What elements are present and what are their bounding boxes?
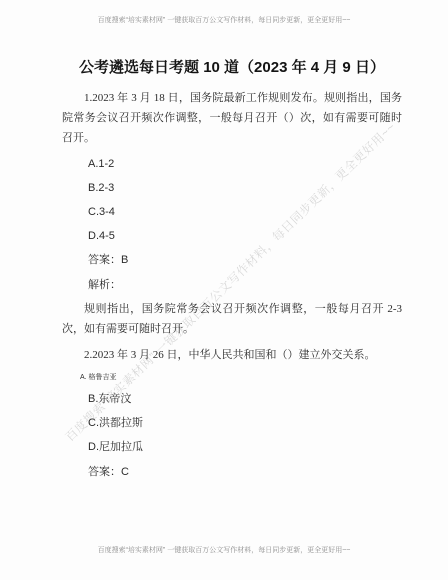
question-2-option-a: A. 格鲁吉亚 xyxy=(62,371,402,385)
question-1-option-c: C.3-4 xyxy=(62,202,402,222)
question-2-option-b: B.东帝汶 xyxy=(62,389,402,409)
question-2-option-d: D.尼加拉瓜 xyxy=(62,437,402,457)
question-1-analysis-label: 解析： xyxy=(62,275,402,295)
document-content: 公考遴选每日考题 10 道（2023 年 4 月 9 日） 1.2023 年 3… xyxy=(0,57,448,482)
question-1-analysis-text: 规则指出，国务院常务会议召开频次作调整，一般每月召开 2-3 次，如有需要可随时… xyxy=(62,299,402,339)
question-2-answer: 答案：C xyxy=(62,462,402,482)
question-2-option-c: C.洪都拉斯 xyxy=(62,413,402,433)
question-1-stem: 1.2023 年 3 月 18 日，国务院最新工作规则发布。规则指出，国务院常务… xyxy=(62,88,402,148)
question-block-1: 1.2023 年 3 月 18 日，国务院最新工作规则发布。规则指出，国务院常务… xyxy=(62,88,402,339)
footer-promo-text: 百度搜索“培实素材网” 一键获取百万公文写作材料，每日同步更新，更全更好用~~ xyxy=(0,546,448,556)
question-1-option-b: B.2-3 xyxy=(62,178,402,198)
question-2-stem: 2.2023 年 3 月 26 日，中华人民共和国和（）建立外交关系。 xyxy=(62,345,402,365)
page-title: 公考遴选每日考题 10 道（2023 年 4 月 9 日） xyxy=(62,57,402,79)
question-1-answer: 答案：B xyxy=(62,250,402,270)
document-page: 百度搜索“培实素材网” 一键获取百万公文写作材料，每日同步更新，更全更好用~~ … xyxy=(0,0,448,580)
header-promo-text: 百度搜索“培实素材网” 一键获取百万公文写作材料，每日同步更新，更全更好用~~ xyxy=(0,16,448,26)
question-1-option-a: A.1-2 xyxy=(62,154,402,174)
question-block-2: 2.2023 年 3 月 26 日，中华人民共和国和（）建立外交关系。 A. 格… xyxy=(62,345,402,482)
question-1-option-d: D.4-5 xyxy=(62,226,402,246)
